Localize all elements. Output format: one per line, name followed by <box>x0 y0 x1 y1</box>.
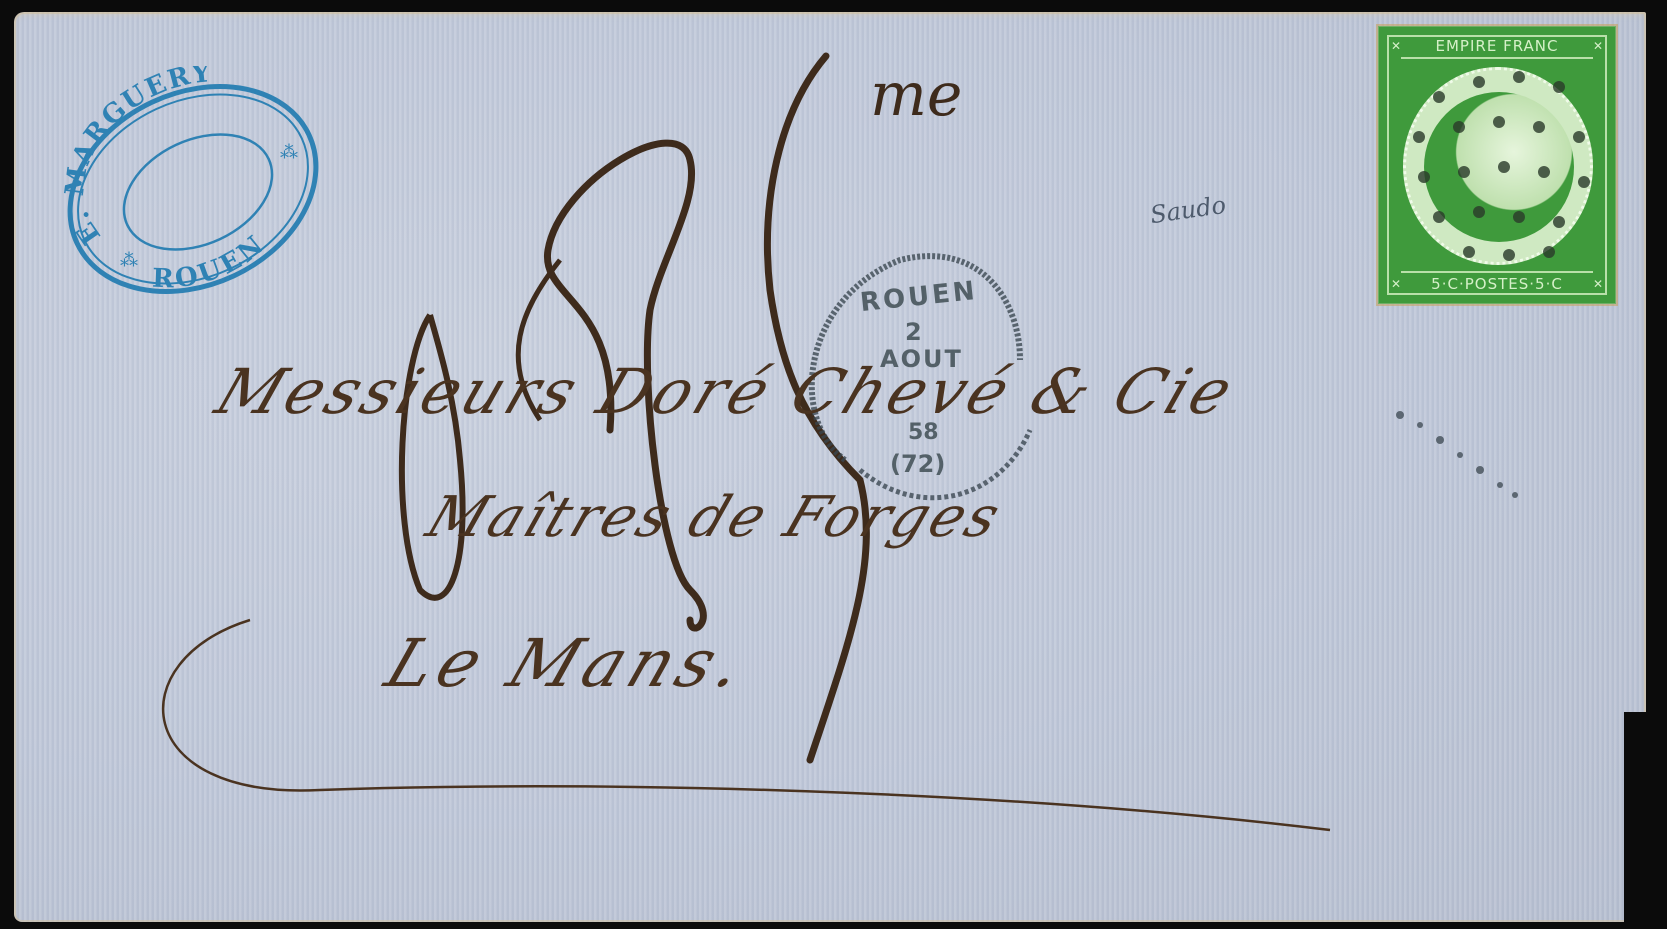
handstamp-town: ROUEN <box>152 229 272 295</box>
address-line-3: Le Mans. <box>376 625 760 702</box>
ornament-right: ⁂ <box>280 142 298 163</box>
address-line-2: Maîtres de Forges <box>418 485 1011 550</box>
tax-suffix: me <box>870 60 962 130</box>
svg-text:E. MARGUERY: E. MARGUERY <box>62 66 214 250</box>
svg-text:ROUEN: ROUEN <box>152 229 272 295</box>
address-line-1: Messieurs Doré Chevé & Cie <box>207 355 1246 428</box>
ornament-left: ⁂ <box>120 250 138 271</box>
handstamp-name: E. MARGUERY <box>62 66 214 250</box>
lozenge-cancel <box>1379 27 1615 303</box>
postmark-day: 2 <box>905 318 922 346</box>
postage-stamp: EMPIRE FRANC 5·C·POSTES·5·C ✕ ✕ ✕ ✕ <box>1378 26 1616 304</box>
postmark-dept: (72) <box>890 450 945 478</box>
sender-handstamp: E. MARGUERY ROUEN ⁂ ⁂ <box>62 66 324 312</box>
